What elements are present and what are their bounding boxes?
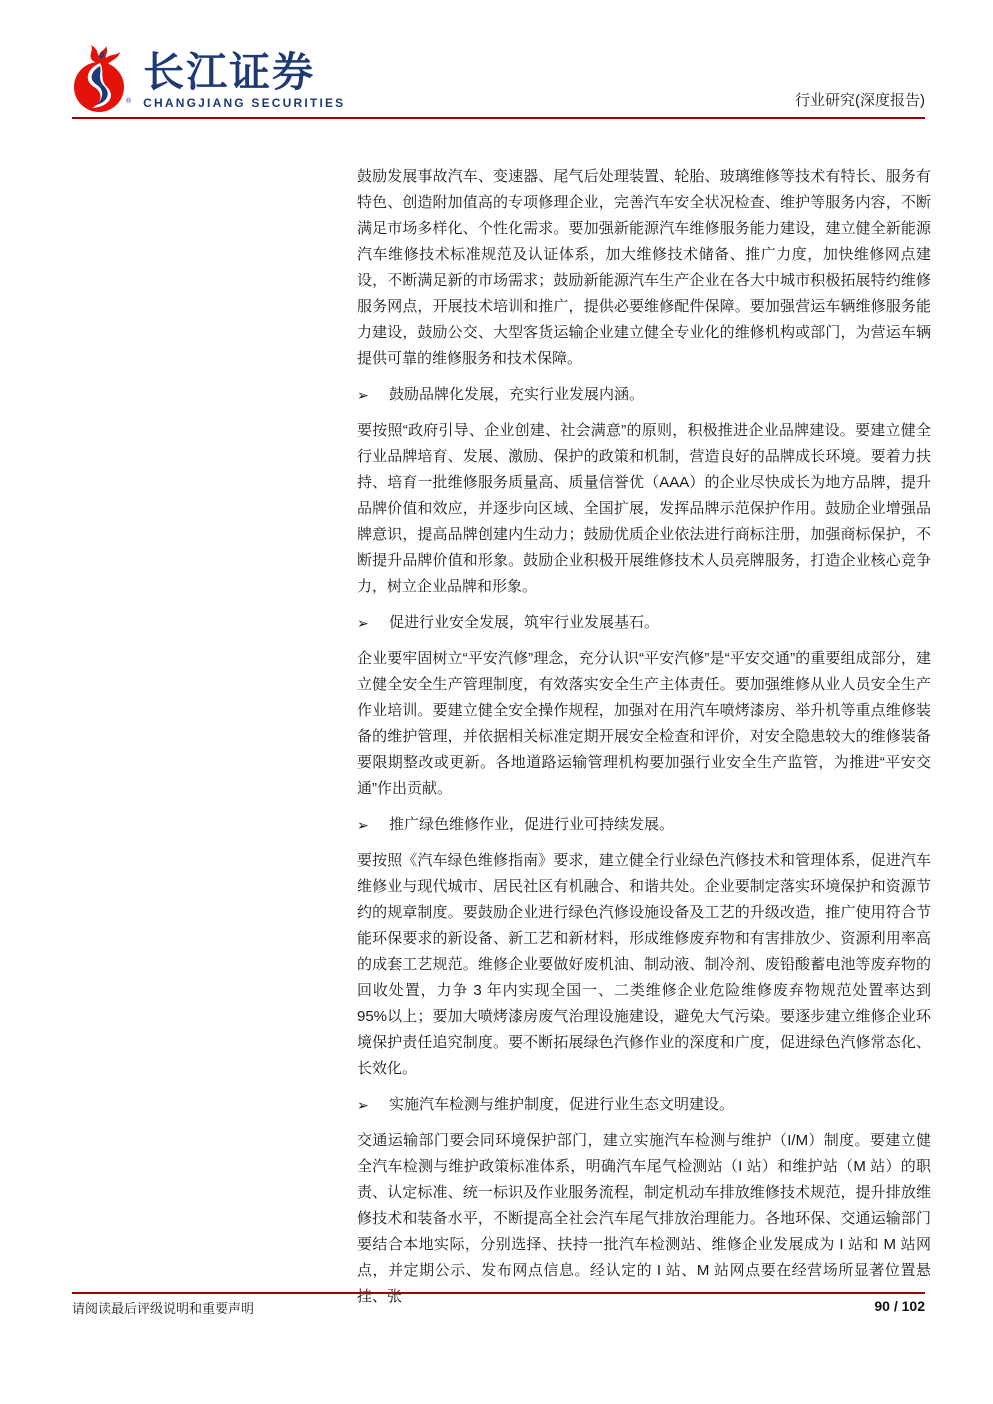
- bullet-text: 实施汽车检测与维护制度，促进行业生态文明建设。: [389, 1092, 931, 1118]
- bullet-arrow-icon: ➢: [357, 812, 389, 838]
- page-footer: 请阅读最后评级说明和重要声明 90 / 102: [72, 1298, 925, 1317]
- bullet-item: ➢ 推广绿色维修作业，促进行业可持续发展。: [357, 812, 931, 838]
- report-page: ® 长江证券 CHANGJIANG SECURITIES 行业研究(深度报告) …: [0, 0, 993, 1404]
- paragraph: 要按照“政府引导、企业创建、社会满意”的原则，积极推进企业品牌建设。要建立健全行…: [357, 418, 931, 600]
- paragraph: 要按照《汽车绿色维修指南》要求，建立健全行业绿色汽修技术和管理体系，促进汽车维修…: [357, 848, 931, 1082]
- paragraph: 交通运输部门要会同环境保护部门，建立实施汽车检测与维护（I/M）制度。要建立健全…: [357, 1128, 931, 1310]
- dragon-logo-icon: [72, 44, 132, 114]
- bullet-text: 推广绿色维修作业，促进行业可持续发展。: [389, 812, 931, 838]
- bullet-arrow-icon: ➢: [357, 382, 389, 408]
- report-type-label: 行业研究(深度报告): [795, 89, 925, 110]
- brand-logo: ® 长江证券 CHANGJIANG SECURITIES: [72, 44, 345, 114]
- brand-logo-text: 长江证券 CHANGJIANG SECURITIES: [143, 44, 345, 110]
- page-number: 90 / 102: [874, 1298, 925, 1314]
- footer-disclaimer: 请阅读最后评级说明和重要声明: [72, 1298, 254, 1317]
- registered-mark: ®: [126, 98, 131, 105]
- brand-name-english: CHANGJIANG SECURITIES: [143, 96, 345, 110]
- footer-divider: [72, 1292, 925, 1294]
- header-divider: [72, 117, 925, 119]
- bullet-arrow-icon: ➢: [357, 1092, 389, 1118]
- bullet-item: ➢ 促进行业安全发展，筑牢行业发展基石。: [357, 610, 931, 636]
- paragraph: 企业要牢固树立“平安汽修”理念，充分认识“平安汽修”是“平安交通”的重要组成部分…: [357, 646, 931, 802]
- bullet-item: ➢ 鼓励品牌化发展，充实行业发展内涵。: [357, 382, 931, 408]
- report-body: 鼓励发展事故汽车、变速器、尾气后处理装置、轮胎、玻璃维修等技术有特长、服务有特色…: [357, 164, 931, 1320]
- page-header: ® 长江证券 CHANGJIANG SECURITIES 行业研究(深度报告): [72, 44, 925, 116]
- bullet-item: ➢ 实施汽车检测与维护制度，促进行业生态文明建设。: [357, 1092, 931, 1118]
- bullet-text: 促进行业安全发展，筑牢行业发展基石。: [389, 610, 931, 636]
- brand-name-chinese: 长江证券: [143, 50, 345, 94]
- bullet-arrow-icon: ➢: [357, 610, 389, 636]
- bullet-text: 鼓励品牌化发展，充实行业发展内涵。: [389, 382, 931, 408]
- paragraph: 鼓励发展事故汽车、变速器、尾气后处理装置、轮胎、玻璃维修等技术有特长、服务有特色…: [357, 164, 931, 372]
